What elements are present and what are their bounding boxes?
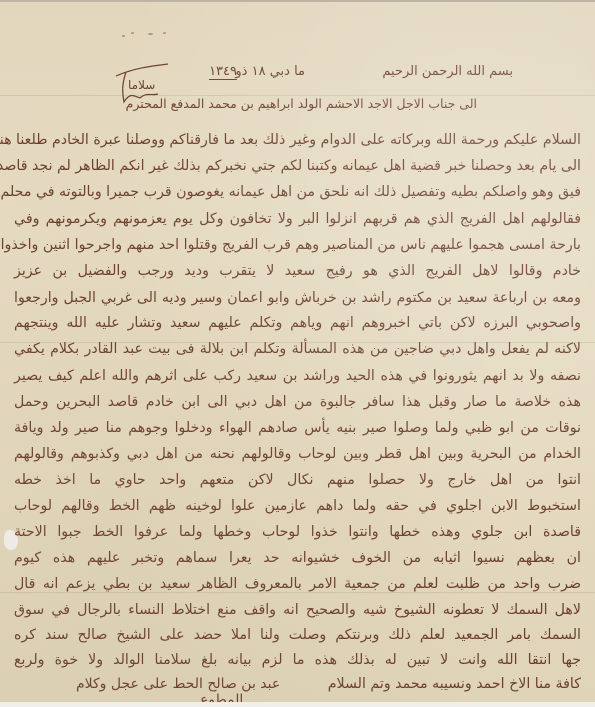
letter-line: واصحوبي البرزه لاكن باتي اخبروهم انهم وي… xyxy=(14,315,581,331)
addressee-line: الى جناب الاجل الاجد الاحشم الولد ابراهي… xyxy=(126,96,477,111)
letter-line: لاكنه لم يفعل واهل دبي ضاجين من هذه المس… xyxy=(14,341,581,357)
letter-line: هذه خلاصة ما صار وقبل هذا سافر جالبوة من… xyxy=(14,394,581,410)
letter-line: خادم وقالوا لاهل الفريج الذي هو رفيج سعي… xyxy=(14,263,581,279)
letter-line: استخبوط الابن اجلوي في حقه ولما داهم عاز… xyxy=(14,498,581,514)
letter-line: الخدام من البحرية وبين اهل قطر وبين لوحا… xyxy=(14,446,581,462)
ink-spot xyxy=(148,33,153,35)
date-label: ما دبي ١٨ ذو xyxy=(235,64,305,79)
letter-line: فقالولهم اهل الفريج الذي هم قربهم انزلوا… xyxy=(14,211,581,227)
letter-line: فيق وهو واصلكم بطيه وتفصيل ذلك انه نلحق … xyxy=(14,184,581,200)
basmala: بسم الله الرحمن الرحيم xyxy=(382,64,513,79)
letter-line: قاصدة ابن جلوي وهذه خطها وانتوا خذوا لوح… xyxy=(14,524,581,540)
signature-name: المطوع xyxy=(200,692,243,702)
letter-line: بارحة امسى هجموا عليهم ناس من المناصير و… xyxy=(14,237,581,253)
ink-spot xyxy=(163,32,166,34)
letter-line: كافة منا الاخ احمد ونسيبه محمد وتم السلا… xyxy=(328,676,581,692)
letter-line: السمك بامر الجمعيد لعلم ذلك وبرنتكم وصلت… xyxy=(14,627,581,643)
letter-line: ان بعظهم نسيوا اثيابه من الخوف خشيوانه ح… xyxy=(14,550,581,566)
letter-line: انتوا من اهل خارج ولا حصلوا منهم نكال لا… xyxy=(14,472,581,488)
letter-paper: بسم الله الرحمن الرحيم ما دبي ١٨ ذو ١٣٤٩… xyxy=(0,2,595,702)
signature-closing: عبد بن صالح الحط على عجل وكلام xyxy=(76,676,280,692)
letter-line: جها انتقا الله وانت لا تبين له بذلك هذه … xyxy=(14,652,581,668)
date-year: ١٣٤٩ xyxy=(209,64,237,80)
letter-line: ومعه بن ارباعة سعيد بن مكتوم راشد بن خرب… xyxy=(14,290,581,306)
letter-line: لاهل السمك لا تعطونه الشيوخ شيه والصحيح … xyxy=(14,602,581,618)
ink-spot xyxy=(131,32,134,34)
letter-line: نصفه ولا بد انهم يثورونوا في هذه الحيد و… xyxy=(14,368,581,384)
letter-line: الى يام بعد وحصلنا خبر قضية اهل عيمانه و… xyxy=(14,158,581,174)
ink-spot xyxy=(122,35,125,37)
paper-fold-line xyxy=(0,592,595,593)
salutation-mark: سلاما xyxy=(128,78,155,92)
letter-line: ضرب واحد من ظلبت لعلم من جمعية الامر بال… xyxy=(14,576,581,592)
letter-line: نوقات من ابو ظبي ولما وصلوا صير بنيه يأس… xyxy=(14,420,581,436)
letter-line: السلام عليكم ورحمة الله وبركاته على الدو… xyxy=(14,132,581,148)
